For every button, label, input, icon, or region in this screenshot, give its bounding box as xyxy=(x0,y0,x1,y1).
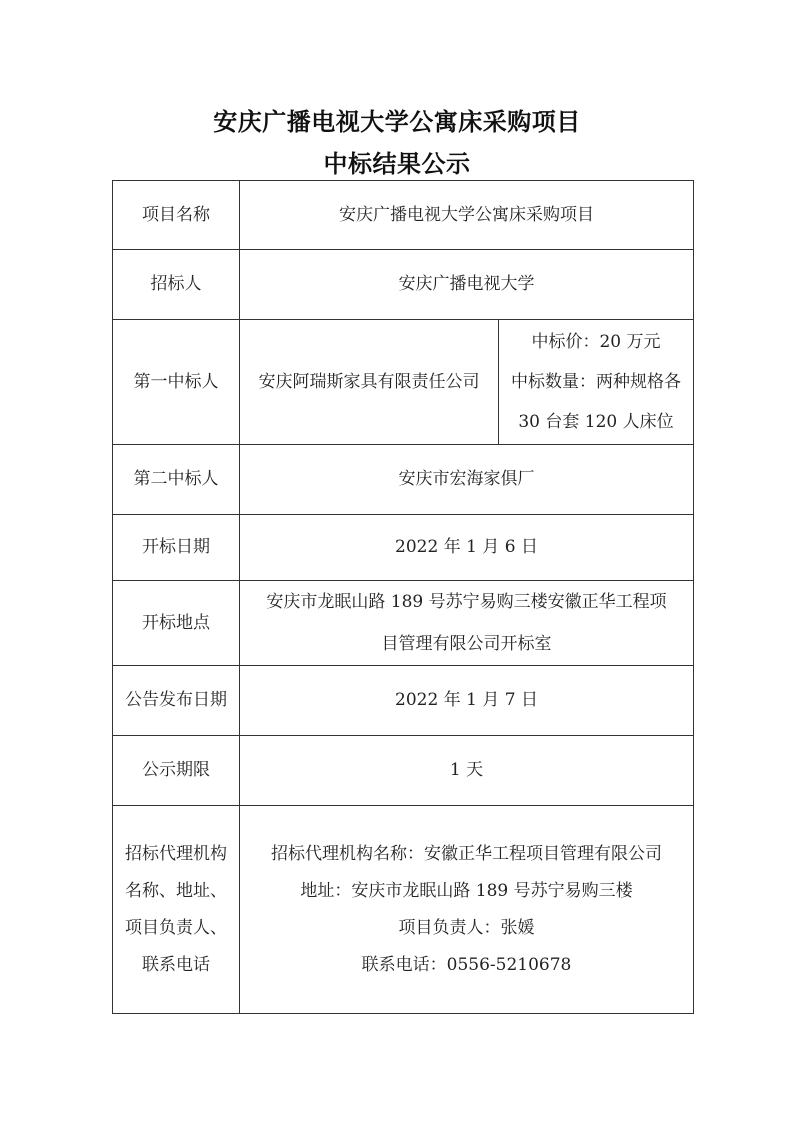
agency-label-line-1: 招标代理机构 xyxy=(117,836,235,873)
row-value: 安庆广播电视大学公寓床采购项目 xyxy=(240,181,694,250)
table-row-opening-date: 开标日期 2022 年 1 月 6 日 xyxy=(113,515,694,581)
table-row-opening-location: 开标地点 安庆市龙眠山路 189 号苏宁易购三楼安徽正华工程项 目管理有限公司开… xyxy=(113,581,694,666)
table-row-first-winner: 第一中标人 安庆阿瑞斯家具有限责任公司 中标价：20 万元 中标数量：两种规格各… xyxy=(113,320,694,445)
agency-label-line-4: 联系电话 xyxy=(117,947,235,984)
document-title: 安庆广播电视大学公寓床采购项目 xyxy=(0,102,794,137)
row-label: 第二中标人 xyxy=(113,445,240,515)
row-label: 公告发布日期 xyxy=(113,666,240,736)
winning-quantity: 中标数量：两种规格各 xyxy=(503,362,689,402)
table-row-period: 公示期限 1 天 xyxy=(113,736,694,806)
agency-project-lead: 项目负责人：张媛 xyxy=(244,910,689,947)
table-row-second-winner: 第二中标人 安庆市宏海家俱厂 xyxy=(113,445,694,515)
table-row-tenderer: 招标人 安庆广播电视大学 xyxy=(113,250,694,320)
row-label: 开标日期 xyxy=(113,515,240,581)
row-value: 2022 年 1 月 6 日 xyxy=(240,515,694,581)
row-value: 安庆市龙眠山路 189 号苏宁易购三楼安徽正华工程项 目管理有限公司开标室 xyxy=(240,581,694,666)
document-subtitle: 中标结果公示 xyxy=(0,144,794,179)
row-label: 项目名称 xyxy=(113,181,240,250)
agency-address: 地址：安庆市龙眠山路 189 号苏宁易购三楼 xyxy=(244,873,689,910)
row-value: 安庆广播电视大学 xyxy=(240,250,694,320)
winning-price: 中标价：20 万元 xyxy=(503,322,689,362)
first-winner-details: 中标价：20 万元 中标数量：两种规格各 30 台套 120 人床位 xyxy=(499,320,694,445)
table-row-project-name: 项目名称 安庆广播电视大学公寓床采购项目 xyxy=(113,181,694,250)
agency-label-line-3: 项目负责人、 xyxy=(117,910,235,947)
winning-quantity-cont: 30 台套 120 人床位 xyxy=(503,402,689,442)
row-label: 招标代理机构 名称、地址、 项目负责人、 联系电话 xyxy=(113,806,240,1014)
location-line-2: 目管理有限公司开标室 xyxy=(244,623,689,665)
row-label: 招标人 xyxy=(113,250,240,320)
table-row-agency: 招标代理机构 名称、地址、 项目负责人、 联系电话 招标代理机构名称：安徽正华工… xyxy=(113,806,694,1014)
result-table: 项目名称 安庆广播电视大学公寓床采购项目 招标人 安庆广播电视大学 第一中标人 … xyxy=(112,180,694,1014)
agency-info: 招标代理机构名称：安徽正华工程项目管理有限公司 地址：安庆市龙眠山路 189 号… xyxy=(240,806,694,1014)
row-value: 2022 年 1 月 7 日 xyxy=(240,666,694,736)
table-row-publish-date: 公告发布日期 2022 年 1 月 7 日 xyxy=(113,666,694,736)
first-winner-name: 安庆阿瑞斯家具有限责任公司 xyxy=(240,320,499,445)
agency-phone: 联系电话：0556-5210678 xyxy=(244,947,689,984)
agency-label-line-2: 名称、地址、 xyxy=(117,873,235,910)
row-value: 1 天 xyxy=(240,736,694,806)
row-label: 第一中标人 xyxy=(113,320,240,445)
agency-name: 招标代理机构名称：安徽正华工程项目管理有限公司 xyxy=(244,836,689,873)
row-label: 公示期限 xyxy=(113,736,240,806)
row-value: 安庆市宏海家俱厂 xyxy=(240,445,694,515)
location-line-1: 安庆市龙眠山路 189 号苏宁易购三楼安徽正华工程项 xyxy=(244,581,689,623)
row-label: 开标地点 xyxy=(113,581,240,666)
